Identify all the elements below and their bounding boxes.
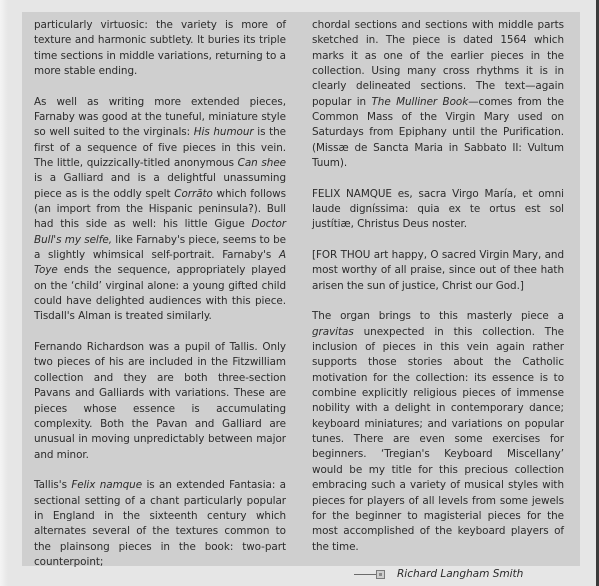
rule-line-icon: [354, 574, 376, 575]
italic-title: Felix namque: [71, 479, 142, 491]
left-column: particularly virtuosic: the variety is m…: [34, 18, 286, 570]
signature: Richard Langham Smith: [312, 567, 564, 582]
text-run: is an extended Fantasia: a sectional set…: [34, 479, 286, 568]
text-run: [FOR THOU art happy, O sacred Virgin Mar…: [312, 249, 564, 292]
text-run: unexpected in this collection. The inclu…: [312, 326, 564, 553]
left-paragraph: Tallis's Felix namque is an extended Fan…: [34, 478, 286, 570]
italic-title: gravitas: [312, 326, 354, 338]
right-paragraph: The organ brings to this masterly piece …: [312, 309, 564, 555]
left-paragraph: Fernando Richardson was a pupil of Talli…: [34, 340, 286, 463]
right-column-body: chordal sections and sections with middl…: [312, 18, 564, 555]
text-run: The organ brings to this masterly piece …: [312, 310, 564, 322]
right-paragraph: FELIX NAMQUE es, sacra Virgo María, et o…: [312, 187, 564, 233]
text-run: particularly virtuosic: the variety is m…: [34, 19, 286, 77]
italic-title: His humour: [194, 126, 254, 138]
author-name: Richard Langham Smith: [397, 567, 523, 582]
right-column: chordal sections and sections with middl…: [312, 18, 564, 582]
text-run: Fernando Richardson was a pupil of Talli…: [34, 341, 286, 460]
left-paragraph: particularly virtuosic: the variety is m…: [34, 18, 286, 79]
square-ornament-icon: [376, 570, 385, 579]
italic-title: The Mulliner Book: [372, 96, 469, 108]
text-run: FELIX NAMQUE es, sacra Virgo María, et o…: [312, 188, 564, 231]
page-left-edge: [0, 0, 8, 586]
text-panel: particularly virtuosic: the variety is m…: [22, 12, 580, 566]
text-run: chordal sections and sections with middl…: [312, 19, 564, 108]
right-paragraph: chordal sections and sections with middl…: [312, 18, 564, 171]
italic-title: Corrāto: [174, 188, 213, 200]
text-run: ends the sequence, appropriately played …: [34, 264, 286, 322]
text-run: Tallis's: [34, 479, 71, 491]
right-paragraph: [FOR THOU art happy, O sacred Virgin Mar…: [312, 248, 564, 294]
left-paragraph: As well as writing more extended pieces,…: [34, 95, 286, 325]
italic-title: Can shee: [238, 157, 286, 169]
